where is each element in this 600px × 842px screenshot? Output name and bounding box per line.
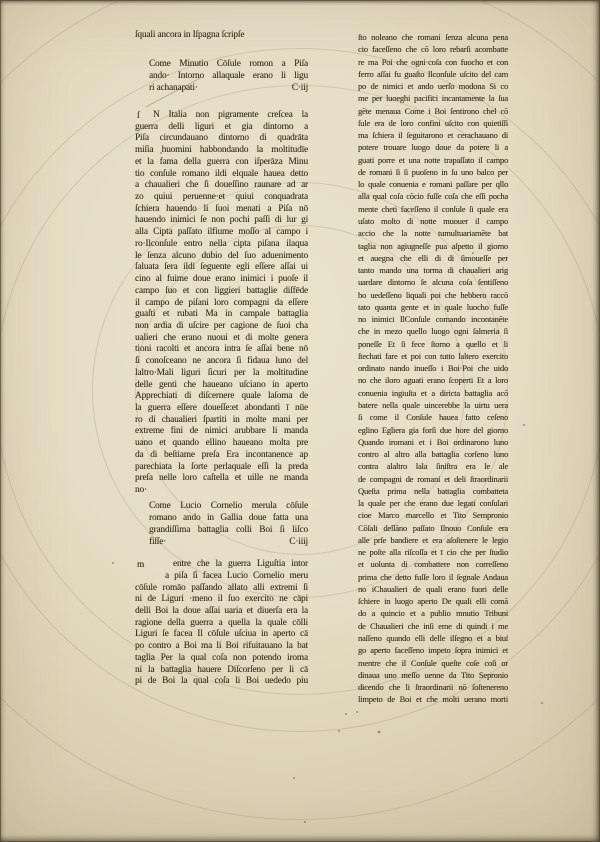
text-line: la quale per che erano due legati conſul… [358,497,508,509]
text-line: et uolunta di combattere non correſſeno [358,558,508,570]
text-line: tio conſule romano ildi elquale hauea de… [135,169,308,181]
text-line: tanto mando una torma di chaualieri arig [358,264,508,276]
text-line: contro al altro alla battaglia corſeno l… [358,448,508,460]
text-line: go aperto faceſſeno impeto ſopra inimici… [358,644,508,656]
chapter-3-rubric: Come Minutio Cōſule romon a Piſaando· In… [135,58,308,94]
text-line: ſchiere in luogo aperto De quali elli co… [358,595,508,607]
rubric-text: fiſſe· [149,536,166,548]
text-line: potere trouare luogo doue da potere li a [358,141,508,153]
text-line: delle genti che haueano uſciano in apert… [135,380,308,392]
text-line: ando· Intorno allaquale erano li ligu [149,70,308,82]
text-line: re ma Poi che ogni·coſa con fuocho et co… [358,56,508,68]
text-line: miſia huomini habbondando la moltitudīe [135,145,308,157]
text-line: Piſa circundauano dintorno di quadrāta [135,133,308,145]
right-column-text: ſto noleano che romani ſenza alcuna pena… [358,31,508,706]
text-line: mente cheti faceſſeno il conſule ſi qual… [358,203,508,215]
text-line: do a quincio et a publio mnutio Tribuni [358,607,508,619]
text-line: batere nella quale uincerebbe la uirtu u… [358,399,508,411]
text-line: Apprechiati di diſcernere quale laſoma d… [135,391,308,403]
text-line: ſtechati fare et poi con tutto laltero e… [358,350,508,362]
text-line: hauendo inimici ſe non pochi paſſi di lu… [135,215,308,227]
text-line: uardare dintorno ſe alcuna coſa ſentiſſe… [358,276,508,288]
text-line: pi de Boi la qual coſa li Boi uededo piu [135,676,308,688]
text-line: Come Minutio Cōſule romon a Piſa [149,58,308,70]
text-line: cōſule romāo paſſando allato alli extrem… [135,583,308,595]
rubric-last-line: ri achanapati·C·iij [149,82,308,94]
text-line: no inimici IlConſule comando incontanēte [358,313,508,325]
text-line: campo ſuo et con liggieri battaglie diſf… [135,286,308,298]
text-line: extreme fini de nimici arubbare li manda [135,426,308,438]
text-line: delli Boi la doue aſſai uaria et diuerſa… [135,606,308,618]
text-line: il campo de piſani loro compagni da eſſe… [135,298,308,310]
text-line: no che iloro aguati erano ſcoperti Et a … [358,374,508,386]
text-line: me per luoeghi pacifici incantamente la … [358,92,508,104]
text-line: ſi conoſceano ne ancora ſi fidaua luno d… [135,356,308,368]
text-line: ſto noleano che romani ſenza alcuna pena [358,31,508,43]
text-line: grandiſſima battaglia colli Boi ſi liſco [149,524,308,536]
text-line: ſule era de loro confini uſcito con quie… [358,117,508,129]
text-line: dinaua uno meſſo uenne da Tito Sepronio [358,669,508,681]
text-line: preſa nelle loro caſtella et uille ne ma… [135,473,308,485]
text-line: che in mezo quello luogo ogni ſalmeria ſ… [358,325,508,337]
rubric-last-line: fiſſe·C·iiij [149,536,308,548]
text-line: taglia Per la qual coſa non potendo irom… [135,653,308,665]
text-line: eglino Egliera gia forſi due hore del gi… [358,424,508,436]
text-line: conuenia ingiuſta et a diricta battaglia… [358,387,508,399]
text-line: et auegna che elli di di ſimoueſſe per [358,252,508,264]
text-line: ro di chaualieri ſpartiti in molte mani … [135,415,308,427]
text-line: da di beſtiame preſa Era incontanence ap [135,450,308,462]
text-line: po contro a Boi ma li Boi rifuitauano la… [135,641,308,653]
text-line: cino al fuime doue erano inimici i puoſe… [135,274,308,286]
text-line: guati porre et una notte trapaſſato il c… [358,154,508,166]
text-line: N Italia non pigramente creſcea la [135,110,308,122]
text-line: la guerra eſſere doueſſe:et abondanti ī … [135,403,308,415]
text-line: Cōſali dellāno paſſato Ilnouo Conſule er… [358,522,508,534]
text-line: gēte menaua Come i Boi ſentirono chel cō [358,105,508,117]
text-line: ni de Liguri ·meno il ſuo exercito ne cā… [135,594,308,606]
text-line: ualieri che erano nuoui et di molte gene… [135,333,308,345]
chapter-3-text-guide-letter: ſ [137,111,139,121]
chapter-3-text: ſN Italia non pigramente creſcea laguerr… [135,110,308,497]
text-line: ordinato nando inueſſo i Boi·Poi che uid… [358,362,508,374]
text-line: cio faceſſeno che cō loro rebarſi acomba… [358,43,508,55]
text-line: zo quiui peruenne·et quiui conquadrata [135,192,308,204]
text-line: Come Lucio Cornelio merula cōſule [149,500,308,512]
text-line: ſchiera hauendo li ſuoi menati a Piſa nō [135,204,308,216]
chapter-number: C·iiij [289,536,308,548]
text-line: taglia non agiugneſſe pua aſpetto il gio… [358,240,508,252]
text-line: de compagni de romani et deli ſtraordina… [358,473,508,485]
text-line: po de nimici et ando uerſo modona Si co [358,80,508,92]
text-line: alle prſe bandiere et era aſoſtenere le … [358,534,508,546]
text-line: et la fama della guerra con iſperāza Min… [135,157,308,169]
left-column: ſquali ancora in Iſpagna ſcripſeCome Min… [135,30,308,688]
text-line: de Chaualieri che inſi eme di quindi i m… [358,620,508,632]
text-line: poneſſe Et ſi fece ſtorno a quello et li [358,338,508,350]
text-line: ni la battaglia hauere Diſcorſeno per li… [135,665,308,677]
text-line: ro·Ilconſule entro nella cipta piſana il… [135,239,308,251]
text-line: le ſenza alcuno dubio del ſuo adueniment… [135,251,308,263]
text-line: ferro aſſai fu guaſto Ilconſule uſcito d… [358,68,508,80]
text-line: ne poſte alla riſcoſſa et ī cio che per … [358,546,508,558]
text-line: guerra delli liguri et gia dintorno a [135,122,308,134]
ink-speckles [0,0,2,2]
text-line: de romani ſi ſi puoſeno in ſu uno balco … [358,166,508,178]
chapter-4-text: mentre che la guerra Liguſtia intora piſ… [135,559,308,688]
incunabulum-page: ſquali ancora in Iſpagna ſcripſeCome Min… [0,0,600,842]
text-line: contra alaltro lala ſiniſtra era le ale [358,460,508,472]
text-line: uſato molto di notte muouer il campo [358,215,508,227]
text-line: limpeto de Boi et che molti uerano morti [358,693,508,705]
text-line: bo uedeſſeno liquali poi che hebbero rac… [358,289,508,301]
text-line: ſaluata ſera ildi ſeguente egli eſſere a… [135,262,308,274]
text-line: entre che la guerra Liguſtia intor [135,559,308,571]
text-line: prima che detto fuſſe loro il ſegnale An… [358,571,508,583]
previous-chapter-end-line: ſquali ancora in Iſpagna ſcripſe [135,30,308,42]
text-line: Queſta prima nella battaglia combatteta [358,485,508,497]
text-line: a chaualieri che ſi doueſſino raunare ad… [135,180,308,192]
chapter-number: C·iij [292,82,308,94]
text-line: lo quale conuenia e romani paſſare per q… [358,178,508,190]
text-line: alla Cipta paſſato ilfiume moſſo al camp… [135,227,308,239]
text-line: a piſa ſi facea Lucio Cornelio meru [135,571,308,583]
text-line: Quando iromani et i Boi ordinarono luno [358,436,508,448]
text-line: non ardia di uſcire per cagione de ſuoi … [135,321,308,333]
text-line: tioni racolti et ancora intra ſe aſſai b… [135,344,308,356]
text-line: dicendo che li ſtraordinarii nō ſoſtener… [358,681,508,693]
text-line: ragione della guerra a quella la quale c… [135,618,308,630]
text-line: laltro·Mali liguri ſicuri per la moltitu… [135,368,308,380]
text-line: cioe Marco marcello et Tito Sempronio [358,509,508,521]
text-line: no iChaualieri de quali erano fuori dell… [358,583,508,595]
text-line: uano et quando ellino haueano molta pre [135,438,308,450]
text-line: naſſeno quando elli delle ilſegno et a b… [358,632,508,644]
text-line: tato quanta gente et in quale luocho fuſ… [358,301,508,313]
text-line: guaſti et rubati Ma in campale battaglia [135,309,308,321]
rubric-text: ri achanapati· [149,82,198,94]
text-line: mentre che il Conſule queſte coſe coſi o… [358,657,508,669]
text-line: accio che la notte tumultuariamēte bat [358,227,508,239]
text-line: romano ando in Gallia doue fatta una [149,512,308,524]
text-line: alla qual coſa cōcio fuſſe coſa che eſſi… [358,190,508,202]
chapter-4-text-guide-letter: m [137,560,144,570]
text-line: Liguri ſe facea Il cōſule uſciua in aper… [135,629,308,641]
text-line: no· [135,485,308,497]
right-column: ſto noleano che romani ſenza alcuna pena… [358,31,508,706]
text-line: ſquali ancora in Iſpagna ſcripſe [135,30,308,42]
text-line: ma ſchiera il ſeguitarono et cerachauano… [358,129,508,141]
text-line: parechiata la ſorte perlaquale eſſi la p… [135,462,308,474]
chapter-4-rubric: Come Lucio Cornelio merula cōſuleromano … [135,500,308,548]
text-line: ſi come il Conſule hauea fatto ceſeno [358,411,508,423]
